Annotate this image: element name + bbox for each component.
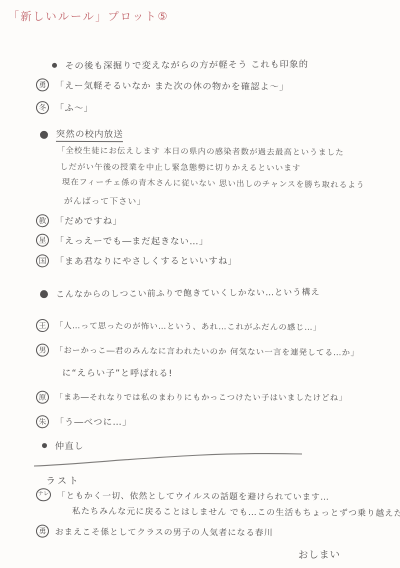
line-text: 「ふ～」	[55, 101, 93, 114]
speaker-circle-icon: 冬	[36, 101, 49, 114]
speaker-circle-icon: 勇	[36, 525, 49, 538]
speaker-circle-icon: 男	[36, 344, 49, 357]
dialogue-line: 教「だめですね」	[36, 214, 122, 227]
line-text: 「だめですね」	[55, 214, 122, 227]
line-text: 「全校生徒にお伝えします 本日の県内の感染者数が過去最高というました	[57, 145, 344, 158]
dialogue-line: 冬「ふ～」	[36, 101, 93, 114]
speaker-circle-icon: 王	[36, 319, 49, 332]
line-text: 「人…って思ったのが怖い…という、あれ…これがふだんの感じ…」	[55, 320, 322, 333]
hand-drawn-divider	[34, 448, 304, 470]
broadcast-paragraph-line: 現在フィーチェ係の青木さんに従いない 思い出しのチャンスを勝ち取れるよう	[62, 176, 365, 190]
bullet-icon	[40, 290, 48, 298]
dialogue-continuation-line: に“えらい子”と呼ばれる!	[62, 366, 173, 379]
line-text: ラスト	[46, 473, 80, 487]
speaker-circle-icon: 教	[36, 214, 49, 227]
scene-heading-line: こんなからのしつこい前ふりで飽きていくしかない…という構え	[40, 286, 320, 300]
speaker-circle-icon: 原	[36, 391, 49, 404]
line-text: 「えっえーでも―まだ起きない…」	[55, 234, 209, 248]
scene-heading-line: 突然の校内放送	[40, 127, 123, 142]
dialogue-line: 国「まあ君なりにやさしくするといいすね」	[36, 254, 237, 268]
speaker-circle-icon: 朱	[36, 415, 49, 428]
line-text: こんなからのしつこい前ふりで飽きていくしかない…という構え	[56, 286, 320, 300]
broadcast-paragraph-line: しだがい午後の授業を中止し緊急態勢に切りかえるといいます	[60, 161, 301, 173]
line-text: おしまい	[298, 546, 341, 562]
page-title: 「新しいルール」プロット⑤	[8, 8, 169, 24]
speaker-circle-icon: ナレ	[36, 488, 51, 501]
dialogue-continuation-line: 私たちみんな元に戻ることはしません でも…この生活もちょっとずつ乗り越えたいけど…	[72, 505, 400, 520]
dialogue-line: 原「まあ―それなりでは私のまわりにもかっこつけたい子はいましたけどね」	[36, 391, 347, 405]
line-text: 「まあ―それなりでは私のまわりにもかっこつけたい子はいましたけどね」	[55, 392, 347, 404]
line-text: 「えー気軽そるいなか また次の休の物かを確認よ～」	[55, 78, 289, 92]
line-text: おまえこそ係としてクラスの男子の人気者になる春川	[55, 525, 273, 538]
speaker-circle-icon: 星	[36, 234, 49, 247]
dialogue-line: 王「人…って思ったのが怖い…という、あれ…これがふだんの感じ…」	[36, 319, 322, 334]
dialogue-line: 勇「えー気軽そるいなか また次の休の物かを確認よ～」	[36, 78, 289, 92]
broadcast-paragraph-line: がんばって下さい」	[64, 195, 146, 207]
dialogue-line: 男「おーかっこ―君のみんなに言われたいのか 何気ない一言を連発してる…か」	[36, 344, 359, 360]
line-text: に“えらい子”と呼ばれる!	[62, 366, 173, 379]
stage-direction-line: その後も深掘りで変えながらの方が軽そう これも印象的	[52, 57, 309, 72]
line-text: 「おーかっこ―君のみんなに言われたいのか 何気ない一言を連発してる…か」	[55, 345, 359, 359]
line-text: 現在フィーチェ係の青木さんに従いない 思い出しのチャンスを勝ち取れるよう	[62, 176, 365, 190]
speaker-circle-icon: 国	[36, 254, 49, 267]
bullet-icon	[40, 130, 48, 138]
dialogue-line: 勇おまえこそ係としてクラスの男子の人気者になる春川	[36, 525, 273, 539]
line-text: 「まあ君なりにやさしくするといいすね」	[55, 254, 237, 268]
dialogue-line: ナレ「ともかく一切、依然としてウイルスの話題を避けられています…	[36, 488, 329, 503]
dialogue-line: 星「えっえーでも―まだ起きない…」	[36, 234, 209, 248]
line-text: 「う―べつに…」	[55, 415, 132, 428]
line-text: その後も深掘りで変えながらの方が軽そう これも印象的	[65, 57, 309, 72]
line-text: 突然の校内放送	[56, 127, 123, 142]
line-text: 私たちみんな元に戻ることはしません でも…この生活もちょっとずつ乗り越えたいけど…	[72, 505, 400, 520]
bullet-icon	[52, 63, 57, 68]
dialogue-line: 朱「う―べつに…」	[36, 415, 132, 429]
broadcast-paragraph-line: 「全校生徒にお伝えします 本日の県内の感染者数が過去最高というました	[57, 145, 344, 158]
section-label: ラスト	[46, 473, 80, 487]
line-text: しだがい午後の授業を中止し緊急態勢に切りかえるといいます	[60, 161, 301, 173]
end-label: おしまい	[298, 546, 341, 562]
handwritten-plot-page: 「新しいルール」プロット⑤ その後も深掘りで変えながらの方が軽そう これも印象的…	[0, 0, 400, 568]
speaker-circle-icon: 勇	[36, 78, 49, 91]
line-text: がんばって下さい」	[64, 195, 146, 207]
line-text: 「ともかく一切、依然としてウイルスの話題を避けられています…	[57, 489, 330, 502]
